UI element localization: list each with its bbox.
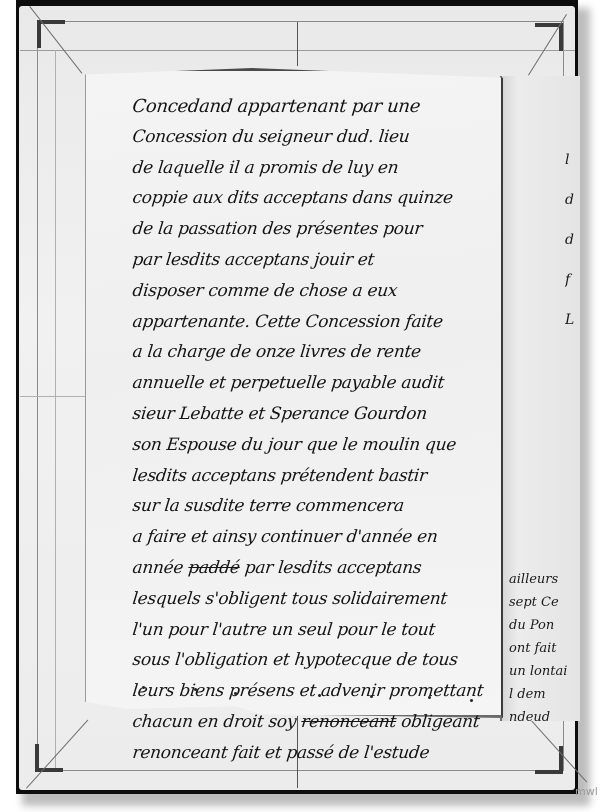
corner-bracket-top-right-v	[559, 23, 563, 51]
ink-speck	[470, 699, 473, 702]
edge-glyph: d	[565, 180, 579, 220]
mat-guide-top	[37, 21, 563, 22]
manuscript-line: son Espouse du jour que le moulin que	[130, 435, 513, 466]
ink-speck	[234, 692, 237, 695]
watermark: mwl	[575, 785, 598, 798]
ink-speck	[370, 695, 373, 698]
manuscript-line: Concession du seigneur dud. lieu	[130, 127, 513, 158]
adjacent-page-text: ailleurs sept Ce du Pon ont fait un lont…	[505, 568, 577, 729]
manuscript-word: par lesdits acceptans	[244, 558, 423, 578]
ink-speck	[428, 696, 431, 699]
manuscript-line: a la charge de onze livres de rente	[130, 342, 513, 373]
manuscript-line: leurs biens présens et advenir promettan…	[130, 681, 513, 712]
manuscript-line: coppie aux dits acceptans dans quinze	[130, 188, 513, 219]
edge-glyph: f	[565, 260, 579, 300]
manuscript-line: par lesdits acceptans jouir et	[130, 250, 513, 281]
fragment-line: un lontai	[505, 660, 577, 683]
manuscript-line: lesdits acceptans prétendent bastir	[130, 466, 513, 497]
manuscript-line: annuelle et perpetuelle payable audit	[130, 373, 513, 404]
manuscript-line: de la passation des présentes pour	[130, 219, 513, 250]
corner-bracket-bottom-left-v	[35, 744, 39, 772]
struck-word: renonceant	[300, 712, 397, 732]
manuscript-line: sur la susdite terre commencera	[130, 496, 513, 527]
edge-glyph: L	[565, 300, 579, 340]
manuscript-line: Concedand appartenant par une	[130, 96, 513, 127]
struck-word: paddé	[187, 558, 240, 578]
manuscript-line: année paddé par lesdits acceptans	[130, 558, 513, 589]
manuscript-word: chacun en droit soy	[132, 712, 298, 732]
fragment-line: ont fait	[505, 637, 577, 660]
fragment-line: ndeud	[505, 706, 577, 729]
mat-fold-vertical	[297, 22, 298, 66]
fragment-line: ailleurs	[505, 568, 577, 591]
fragment-line: sept Ce	[505, 591, 577, 614]
manuscript-line: l'un pour l'autre un seul pour le tout	[130, 620, 513, 651]
manuscript-line: a faire et ainsy continuer d'année en	[130, 527, 513, 558]
corner-bracket-top-left-v	[37, 20, 41, 48]
fragment-line: l dem	[505, 683, 577, 706]
edge-glyph: d	[565, 220, 579, 260]
mat-fold-horizontal	[20, 396, 86, 397]
ink-speck	[318, 694, 321, 697]
manuscript-text: Concedand appartenant par une Concession…	[132, 96, 512, 774]
manuscript-line: chacun en droit soy renonceant obligeant	[130, 712, 513, 743]
manuscript-line: disposer comme de chose a eux	[130, 281, 513, 312]
manuscript-line: de laquelle il a promis de luy en	[130, 158, 513, 189]
corner-bracket-bottom-right-v	[559, 746, 563, 774]
manuscript-line: renonceant fait et passé de l'estude	[130, 743, 513, 774]
manuscript-word: obligeant	[400, 712, 480, 732]
adjacent-page-edge-glyphs: l d d f L	[565, 140, 579, 440]
manuscript-line: appartenante. Cette Concession faite	[130, 312, 513, 343]
mat-fold-left	[55, 50, 56, 770]
manuscript-line: sous l'obligation et hypotecque de tous	[130, 650, 513, 681]
ink-speck	[142, 686, 145, 689]
manuscript-word: année	[132, 558, 185, 578]
manuscript-line: sieur Lebatte et Sperance Gourdon	[130, 404, 513, 435]
ink-speck	[194, 688, 197, 691]
fragment-line: du Pon	[505, 614, 577, 637]
manuscript-line: lesquels s'obligent tous solidairement	[130, 589, 513, 620]
edge-glyph: l	[565, 140, 579, 180]
